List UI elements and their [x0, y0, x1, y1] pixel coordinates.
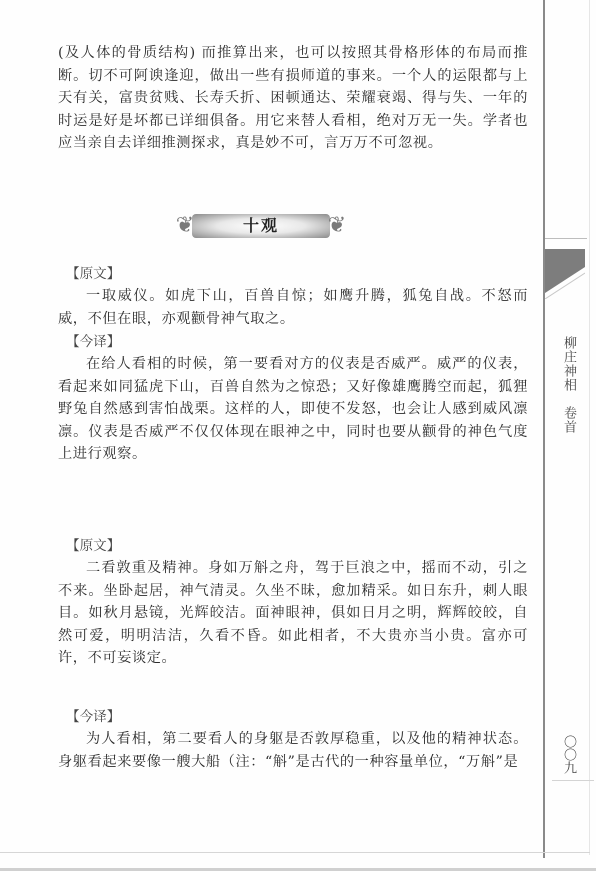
original-text: 二看敦重及精神。身如万斛之舟，驾于巨浪之中，摇而不动，引之不来。坐卧起居，神气清… — [58, 557, 528, 670]
page-edge — [589, 0, 590, 855]
margin-tab-icon — [545, 249, 585, 299]
book-page: (及人体的骨质结构) 而推算出来，也可以按照其骨格形体的布局而推断。切不可阿谀逢… — [0, 0, 596, 871]
section-title: 十观 — [170, 212, 352, 240]
original-text: 一取威仪。如虎下山，百兽自惊；如鹰升腾，狐兔自战。不怒而威，不但在眼，亦观颧骨神… — [58, 285, 528, 330]
page-bottom-edge — [0, 852, 590, 853]
translation-text: 在给人看相的时候，第一要看对方的仪表是否威严。威严的仪表，看起来如同猛虎下山，百… — [58, 353, 528, 466]
section-title-banner: ❦ ❦ 十观 — [170, 212, 352, 240]
translation-label: 【今译】 — [58, 331, 528, 353]
intro-paragraph: (及人体的骨质结构) 而推算出来，也可以按照其骨格形体的布局而推断。切不可阿谀逢… — [58, 42, 528, 155]
translation-text: 为人看相，第二要看人的身躯是否敦厚稳重，以及他的精神状态。身躯看起来要像一艘大船… — [58, 728, 528, 773]
margin-rule — [543, 0, 545, 858]
original-label: 【原文】 — [58, 263, 528, 285]
entry-2-translation: 【今译】 为人看相，第二要看人的身躯是否敦厚稳重，以及他的精神状态。身躯看起来要… — [58, 706, 528, 773]
original-label: 【原文】 — [58, 535, 528, 557]
intro-block: (及人体的骨质结构) 而推算出来，也可以按照其骨格形体的布局而推断。切不可阿谀逢… — [58, 42, 528, 155]
running-title: 柳庄神相 卷首 — [560, 336, 576, 434]
page-number: 〇〇九 — [560, 735, 576, 774]
page-number-divider — [552, 780, 594, 781]
entry-1-translation: 【今译】 在给人看相的时候，第一要看对方的仪表是否威严。威严的仪表，看起来如同猛… — [58, 331, 528, 466]
translation-label: 【今译】 — [58, 706, 528, 728]
entry-2-original: 【原文】 二看敦重及精神。身如万斛之舟，驾于巨浪之中，摇而不动，引之不来。坐卧起… — [58, 535, 528, 670]
entry-1-original: 【原文】 一取威仪。如虎下山，百兽自惊；如鹰升腾，狐兔自战。不怒而威，不但在眼，… — [58, 263, 528, 330]
margin-divider — [545, 238, 587, 239]
